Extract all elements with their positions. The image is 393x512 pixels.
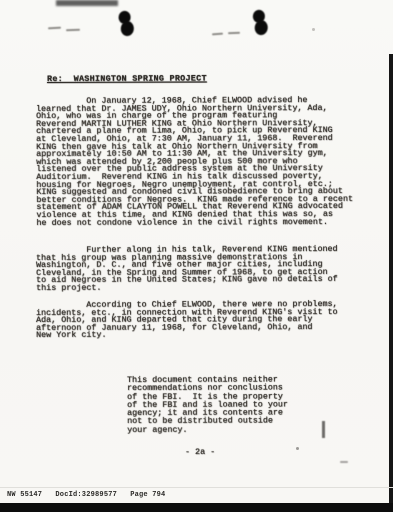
hole-punch-blob (120, 21, 134, 37)
stray-ink-mark (322, 421, 325, 438)
pencil-mark (66, 29, 80, 31)
hole-punch-blob (254, 20, 268, 36)
pencil-mark (212, 33, 223, 36)
paper-speck (312, 28, 315, 31)
paragraph-king-visit: On January 12, 1968, Chief ELWOOD advise… (36, 97, 353, 227)
pencil-mark (48, 27, 61, 30)
document-page: Re: WASHINGTON SPRING PROJECT On January… (0, 0, 393, 512)
hole-punch-icon (116, 10, 136, 41)
footer-reference: NW 55147 DocId:32989577 Page 794 (7, 491, 165, 499)
fbi-disclaimer-block: This document contains neither recommend… (127, 375, 288, 434)
scan-artifact-top-band (56, 0, 118, 6)
hole-punch-icon (249, 9, 270, 41)
scan-artifact-footer-line (0, 487, 393, 488)
paragraph-departure: According to Chief ELWOOD, there were no… (36, 301, 338, 340)
page-number: - 2a - (185, 449, 215, 457)
subject-line: Re: WASHINGTON SPRING PROJECT (47, 75, 207, 83)
paragraph-demonstrations: Further along in his talk, Reverend KING… (36, 246, 338, 293)
paper-speck (296, 447, 299, 450)
scan-artifact-right-border (389, 54, 393, 512)
pencil-mark (340, 461, 348, 463)
pencil-mark (228, 32, 240, 34)
scan-artifact-bottom-bar (0, 503, 393, 512)
